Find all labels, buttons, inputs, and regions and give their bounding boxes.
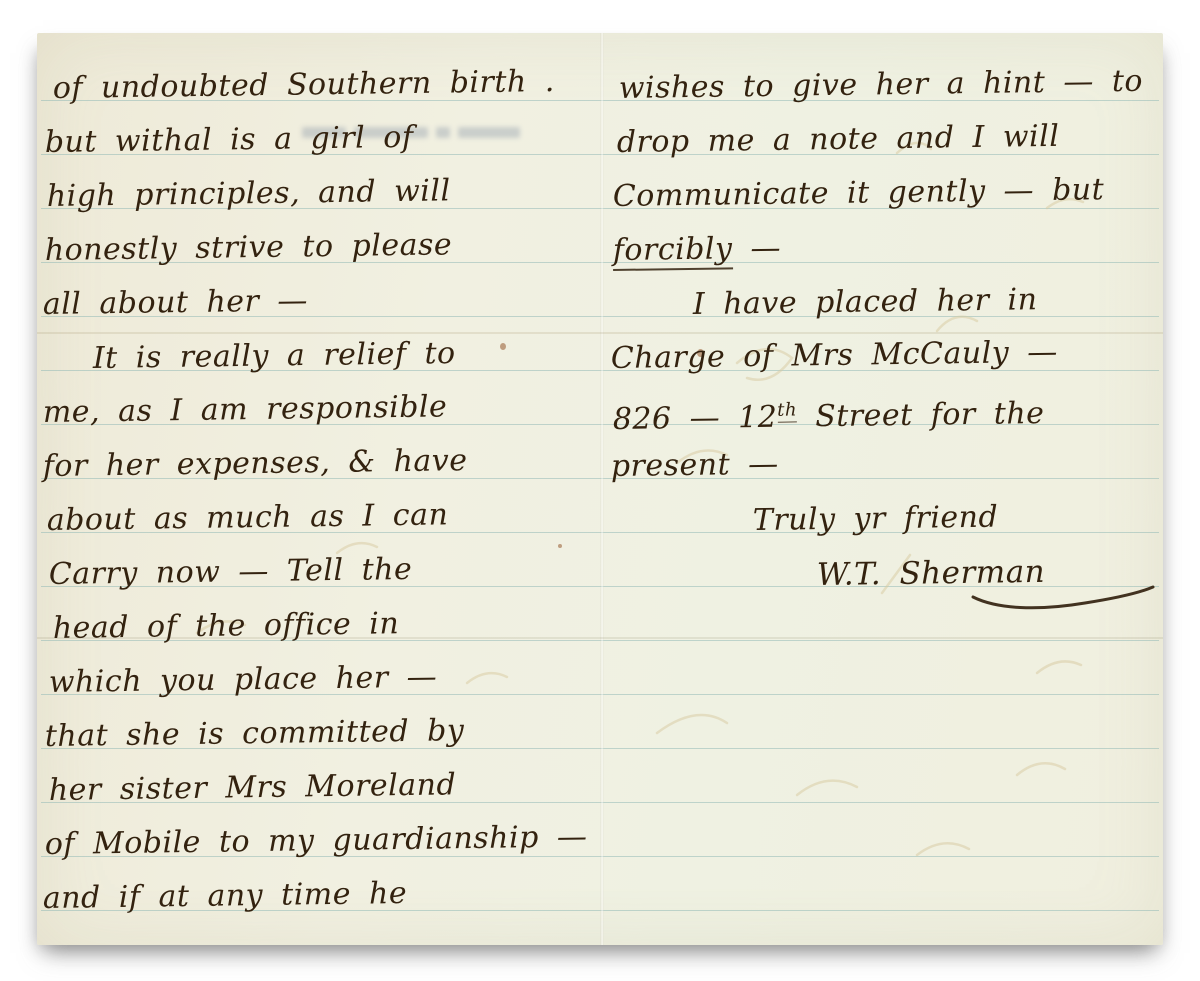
handwriting-line: drop me a note and I will xyxy=(617,115,1060,165)
foxing-spot xyxy=(558,544,562,548)
handwriting-line: head of the office in xyxy=(53,602,400,651)
photo-background: of undoubted Southern birth . but withal… xyxy=(0,0,1200,981)
handwriting-line: but withal is a girl of xyxy=(45,116,414,165)
handwriting-line: that she is committed by xyxy=(45,709,465,759)
showthrough-blob xyxy=(436,127,450,138)
handwriting-line: honestly strive to please xyxy=(45,223,453,273)
address-suffix: Street for the xyxy=(797,396,1045,434)
handwriting-line: and if at any time he xyxy=(43,872,408,921)
handwriting-line: about as much as I can xyxy=(47,493,449,543)
foxing-spot xyxy=(500,343,506,350)
center-fold-crease xyxy=(600,33,604,945)
handwriting-line: Charge of Mrs McCauly — xyxy=(611,331,1059,381)
closing-line: Truly yr friend xyxy=(753,496,999,543)
handwriting-line: Communicate it gently — but xyxy=(613,168,1105,219)
handwriting-line: me, as I am responsible xyxy=(43,385,448,435)
handwriting-line: of Mobile to my guardianship — xyxy=(45,815,588,867)
handwriting-line: present — xyxy=(611,443,779,489)
handwriting-line: for her expenses, & have xyxy=(43,439,468,489)
handwriting-line: of undoubted Southern birth . xyxy=(53,60,556,111)
underlined-word: forcibly xyxy=(613,231,733,271)
dash: — xyxy=(732,231,781,267)
handwriting-line: high principles, and will xyxy=(47,169,451,219)
handwriting-line: her sister Mrs Moreland xyxy=(49,763,457,813)
handwriting-line: which you place her — xyxy=(49,656,438,705)
letter-sheet: of undoubted Southern birth . but withal… xyxy=(37,33,1163,945)
signature: W.T. Sherman xyxy=(817,550,1046,597)
street-address-line: 826 — 12th Street for the xyxy=(612,385,1044,442)
underlined-word-line: forcibly — xyxy=(613,227,782,273)
handwriting-line: Carry now — Tell the xyxy=(49,548,413,597)
handwriting-line: It is really a relief to xyxy=(93,332,456,381)
handwriting-line: all about her — xyxy=(43,279,309,327)
showthrough-blob xyxy=(458,127,520,138)
address-prefix: 826 — 12 xyxy=(613,400,778,437)
handwriting-line: wishes to give her a hint — to xyxy=(619,60,1144,111)
ordinal-suffix: th xyxy=(777,399,797,422)
handwriting-line: I have placed her in xyxy=(693,278,1038,327)
